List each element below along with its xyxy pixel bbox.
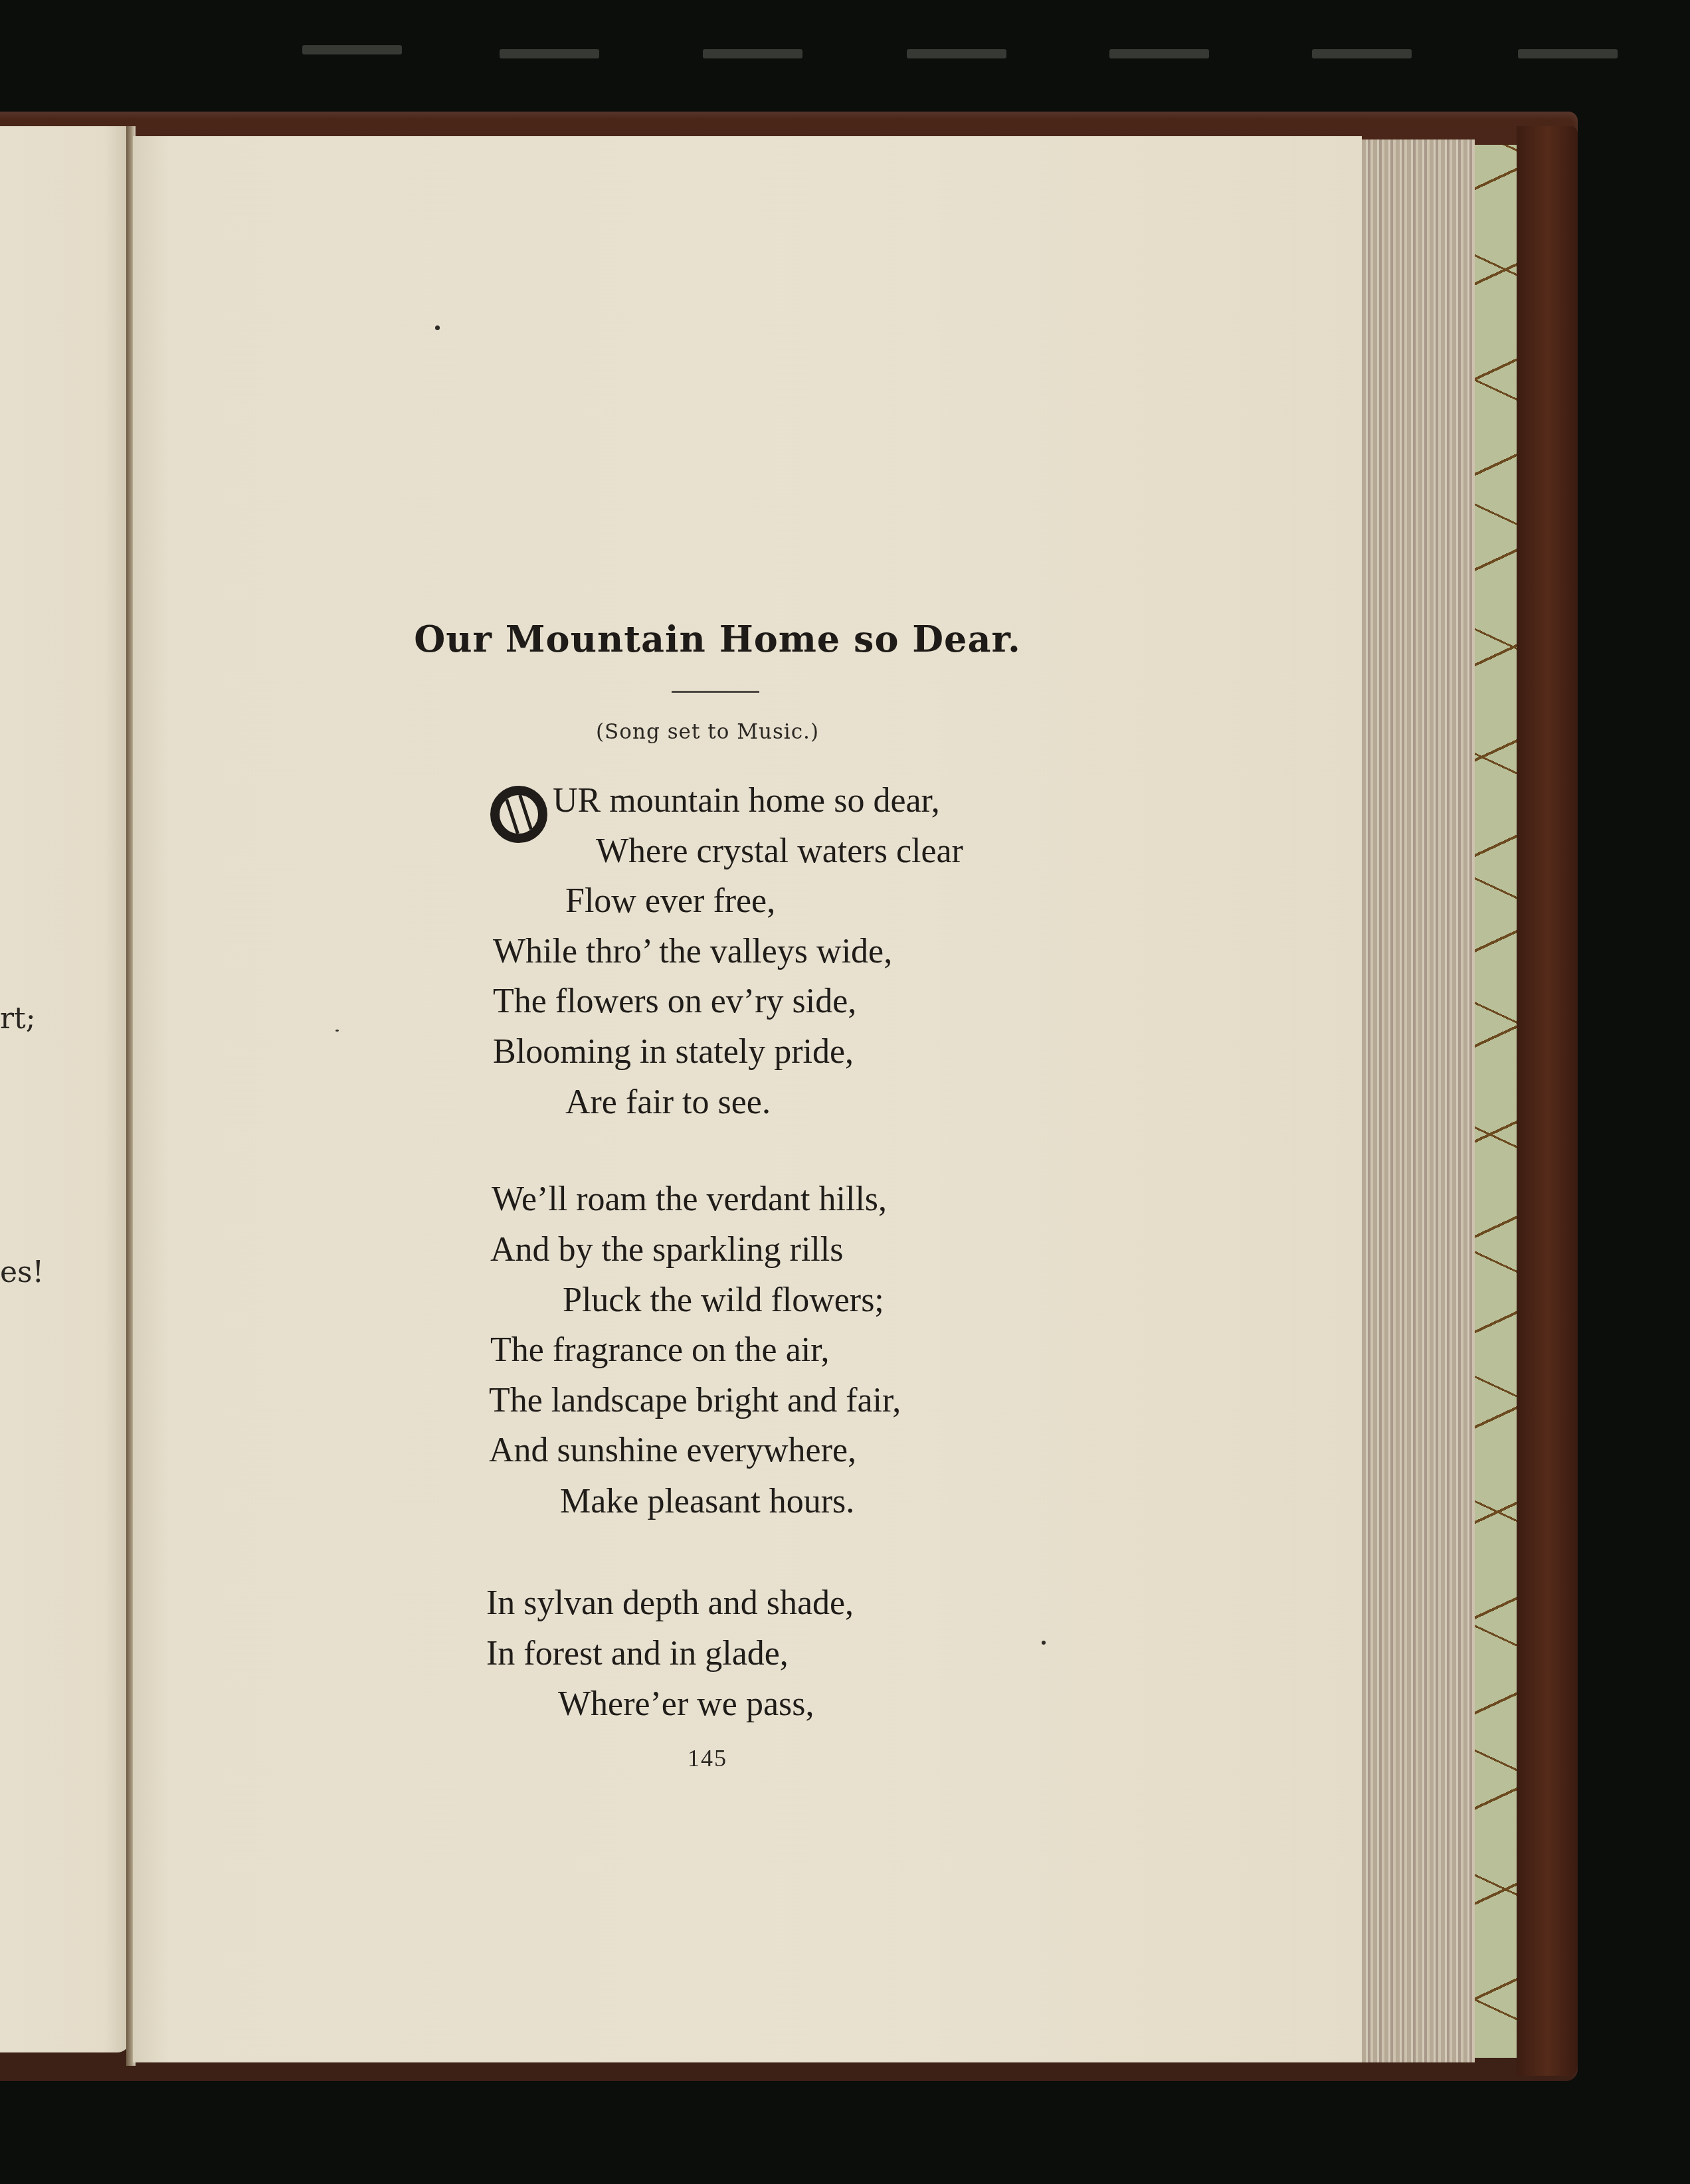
poem-line: And by the sparkling rills [490, 1230, 844, 1269]
paper-speck [335, 1030, 339, 1032]
left-page-fragment: es! [0, 1255, 44, 1289]
poem-line: Blooming in stately pride, [493, 1032, 854, 1071]
page-number: 145 [0, 1744, 1415, 1772]
left-page-fragment: rt; [0, 1002, 36, 1036]
scanner-mark [1312, 49, 1412, 58]
poem-line: While thro’ the valleys wide, [493, 932, 892, 971]
poem-line: In forest and in glade, [486, 1634, 789, 1673]
poem-subtitle: (Song set to Music.) [0, 720, 1415, 744]
poem-line: And sunshine everywhere, [489, 1431, 856, 1470]
poem-line: The flowers on ev’ry side, [493, 982, 856, 1021]
poem-line: Flow ever free, [565, 881, 775, 921]
marbled-endpaper [1471, 145, 1517, 2058]
poem-line: Make pleasant hours. [560, 1482, 854, 1521]
poem-line: Where’er we pass, [558, 1684, 814, 1724]
scanner-mark [1109, 49, 1209, 58]
poem-line: Are fair to see. [565, 1083, 771, 1122]
poem-line: UR mountain home so dear, [553, 781, 940, 820]
scanner-mark [1518, 49, 1618, 58]
poem-line: The fragrance on the air, [490, 1330, 829, 1370]
poem-line: We’ll roam the verdant hills, [492, 1180, 887, 1219]
poem-line: The landscape bright and fair, [489, 1381, 901, 1420]
scanner-mark [302, 45, 402, 54]
poem-line: Where crystal waters clear [596, 832, 963, 871]
poem-title: Our Mountain Home so Dear. [0, 618, 1435, 660]
poem-line: In sylvan depth and shade, [486, 1584, 854, 1623]
cover-edge [1517, 126, 1578, 2076]
scanner-mark [500, 49, 599, 58]
drop-cap-o-icon [490, 786, 547, 843]
page-block-edges [1362, 139, 1475, 2062]
scanner-mark [907, 49, 1006, 58]
scanner-mark [703, 49, 802, 58]
paper-speck [1042, 1641, 1046, 1645]
paper-speck [435, 325, 440, 330]
title-divider [672, 691, 759, 693]
poem-line: Pluck the wild flowers; [563, 1281, 884, 1320]
